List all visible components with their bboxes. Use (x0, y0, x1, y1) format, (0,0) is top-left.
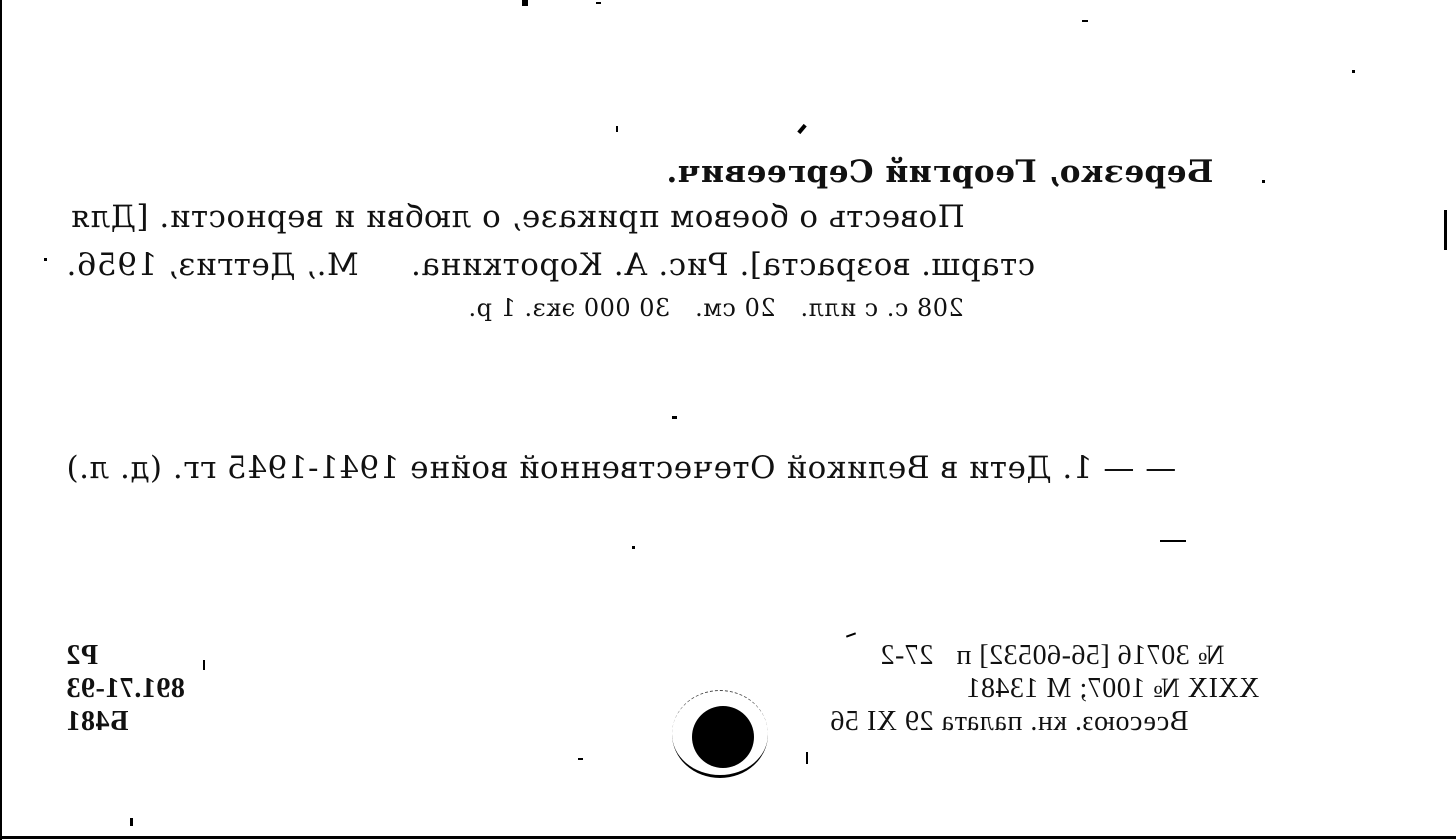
scan-speck (1352, 70, 1355, 73)
scan-speck (578, 758, 583, 760)
title-line-1: Повесть о боевом приказе, о любви и верн… (70, 199, 965, 235)
scan-speck (797, 124, 806, 134)
scan-speck (1082, 20, 1088, 22)
catalog-info-line-1: № 30716 [56-60532] п 27-2 (880, 640, 1225, 672)
scan-speck (1444, 210, 1447, 250)
scan-speck (130, 818, 133, 826)
scan-speck (616, 126, 618, 132)
catalog-info-line-2: XXIX № 1007; М 13481 (966, 673, 1259, 705)
scan-speck (846, 632, 856, 637)
card-bottom-edge (0, 836, 1456, 839)
scan-speck (203, 660, 205, 670)
scan-speck (632, 546, 635, 549)
classification-line-3: Б481 (66, 706, 129, 738)
separator-dash (1160, 540, 1186, 542)
classification-line-2: 891.71-93 (66, 673, 185, 705)
classification-line-1: Р2 (66, 640, 98, 672)
author-heading: Березко, Георгий Сергеевич. (666, 154, 1213, 190)
card-left-edge (0, 0, 2, 840)
physical-description: 208 с. с илл. 20 см. 30 000 экз. 1 р. (468, 294, 964, 322)
punch-hole (692, 706, 754, 768)
catalog-info-line-3: Всесоюз. кн. палата 29 XI 56 (830, 706, 1188, 738)
scan-speck (672, 416, 677, 419)
title-line-2: старш. возраста]. Рис. А. Короткина. М.,… (66, 247, 1035, 283)
scan-speck (1262, 180, 1265, 183)
catalog-card: Березко, Георгий Сергеевич. Повесть о бо… (0, 0, 1456, 840)
subject-entry: — — 1. Дети в Великой Отечественной войн… (66, 450, 1176, 486)
scan-speck (806, 752, 808, 764)
scan-speck (596, 2, 601, 4)
scan-speck (522, 0, 528, 6)
scan-speck (44, 258, 47, 261)
